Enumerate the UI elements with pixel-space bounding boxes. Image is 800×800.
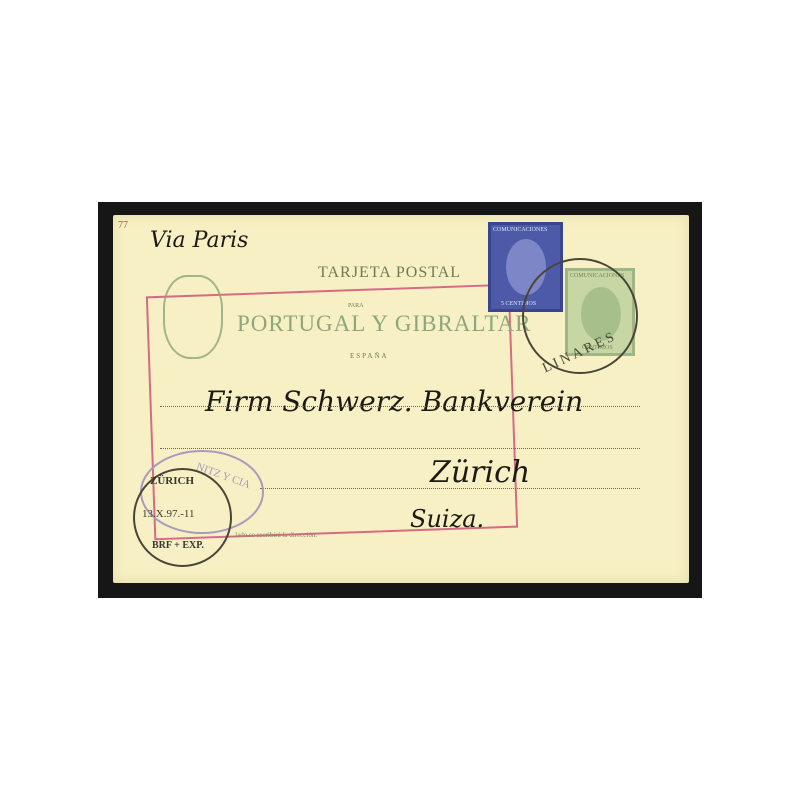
footer-note: ...lado se escribirá la dirección.	[230, 531, 317, 539]
para-label: PARA	[348, 303, 363, 309]
country-label: ESPAÑA	[350, 352, 389, 360]
addressee-handwriting: Firm Schwerz. Bankverein	[205, 385, 583, 418]
city-handwriting: Zürich	[430, 455, 530, 490]
card-title: TARJETA POSTAL	[318, 264, 461, 282]
pencil-note: 77	[118, 220, 128, 231]
via-paris-handwriting: Via Paris	[150, 228, 248, 253]
country-handwriting: Suiza.	[410, 505, 484, 533]
address-line-1	[160, 406, 640, 407]
address-line-2	[160, 448, 640, 449]
destination-label: PORTUGAL Y GIBRALTAR	[237, 311, 532, 337]
coat-of-arms-icon	[163, 275, 223, 359]
